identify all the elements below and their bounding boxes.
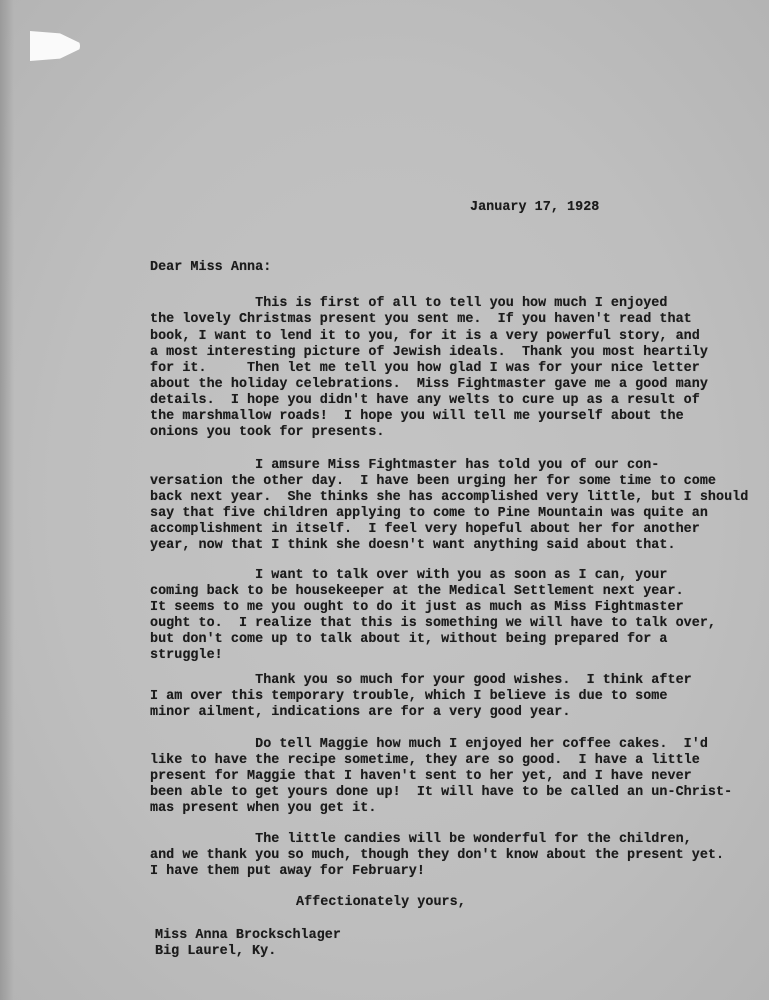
text-line: I amsure Miss Fightmaster has told you o… xyxy=(150,458,659,474)
text-line: coming back to be housekeeper at the Med… xyxy=(150,584,684,600)
recipient-name: Miss Anna Brockschlager xyxy=(155,928,341,944)
text-line: present for Maggie that I haven't sent t… xyxy=(150,769,692,785)
text-line: accomplishment in itself. I feel very ho… xyxy=(150,522,700,538)
text-line: like to have the recipe sometime, they a… xyxy=(150,753,700,769)
letter-page: January 17, 1928 Dear Miss Anna: This is… xyxy=(0,0,769,1000)
text-line: Thank you so much for your good wishes. … xyxy=(150,673,692,689)
text-line: The little candies will be wonderful for… xyxy=(150,832,692,848)
text-line: book, I want to lend it to you, for it i… xyxy=(150,329,700,345)
text-line: for it. Then let me tell you how glad I … xyxy=(150,361,700,377)
text-line: It seems to me you ought to do it just a… xyxy=(150,600,684,616)
text-line: minor ailment, indications are for a ver… xyxy=(150,705,570,721)
text-line: and we thank you so much, though they do… xyxy=(150,848,724,864)
letter-date: January 17, 1928 xyxy=(470,200,599,216)
text-line: a most interesting picture of Jewish ide… xyxy=(150,345,708,361)
text-line: say that five children applying to come … xyxy=(150,506,708,522)
text-line: onions you took for presents. xyxy=(150,425,385,441)
text-line: Do tell Maggie how much I enjoyed her co… xyxy=(150,737,708,753)
closing: Affectionately yours, xyxy=(296,895,466,911)
text-line: ought to. I realize that this is somethi… xyxy=(150,616,716,632)
white-tab-marker xyxy=(30,31,80,61)
text-line: I am over this temporary trouble, which … xyxy=(150,689,667,705)
text-line: I have them put away for February! xyxy=(150,864,425,880)
recipient-location: Big Laurel, Ky. xyxy=(155,944,276,960)
text-line: year, now that I think she doesn't want … xyxy=(150,538,676,554)
text-line: versation the other day. I have been urg… xyxy=(150,474,716,490)
text-line: details. I hope you didn't have any welt… xyxy=(150,393,700,409)
text-line: I want to talk over with you as soon as … xyxy=(150,568,667,584)
text-line: about the holiday celebrations. Miss Fig… xyxy=(150,377,708,393)
text-line: but don't come up to talk about it, with… xyxy=(150,632,667,648)
text-line: the marshmallow roads! I hope you will t… xyxy=(150,409,684,425)
text-line: mas present when you get it. xyxy=(150,801,376,817)
text-line: the lovely Christmas present you sent me… xyxy=(150,312,692,328)
salutation: Dear Miss Anna: xyxy=(150,260,271,276)
text-line: back next year. She thinks she has accom… xyxy=(150,490,748,506)
text-line: been able to get yours done up! It will … xyxy=(150,785,732,801)
text-line: struggle! xyxy=(150,648,223,664)
text-line: This is first of all to tell you how muc… xyxy=(150,296,667,312)
